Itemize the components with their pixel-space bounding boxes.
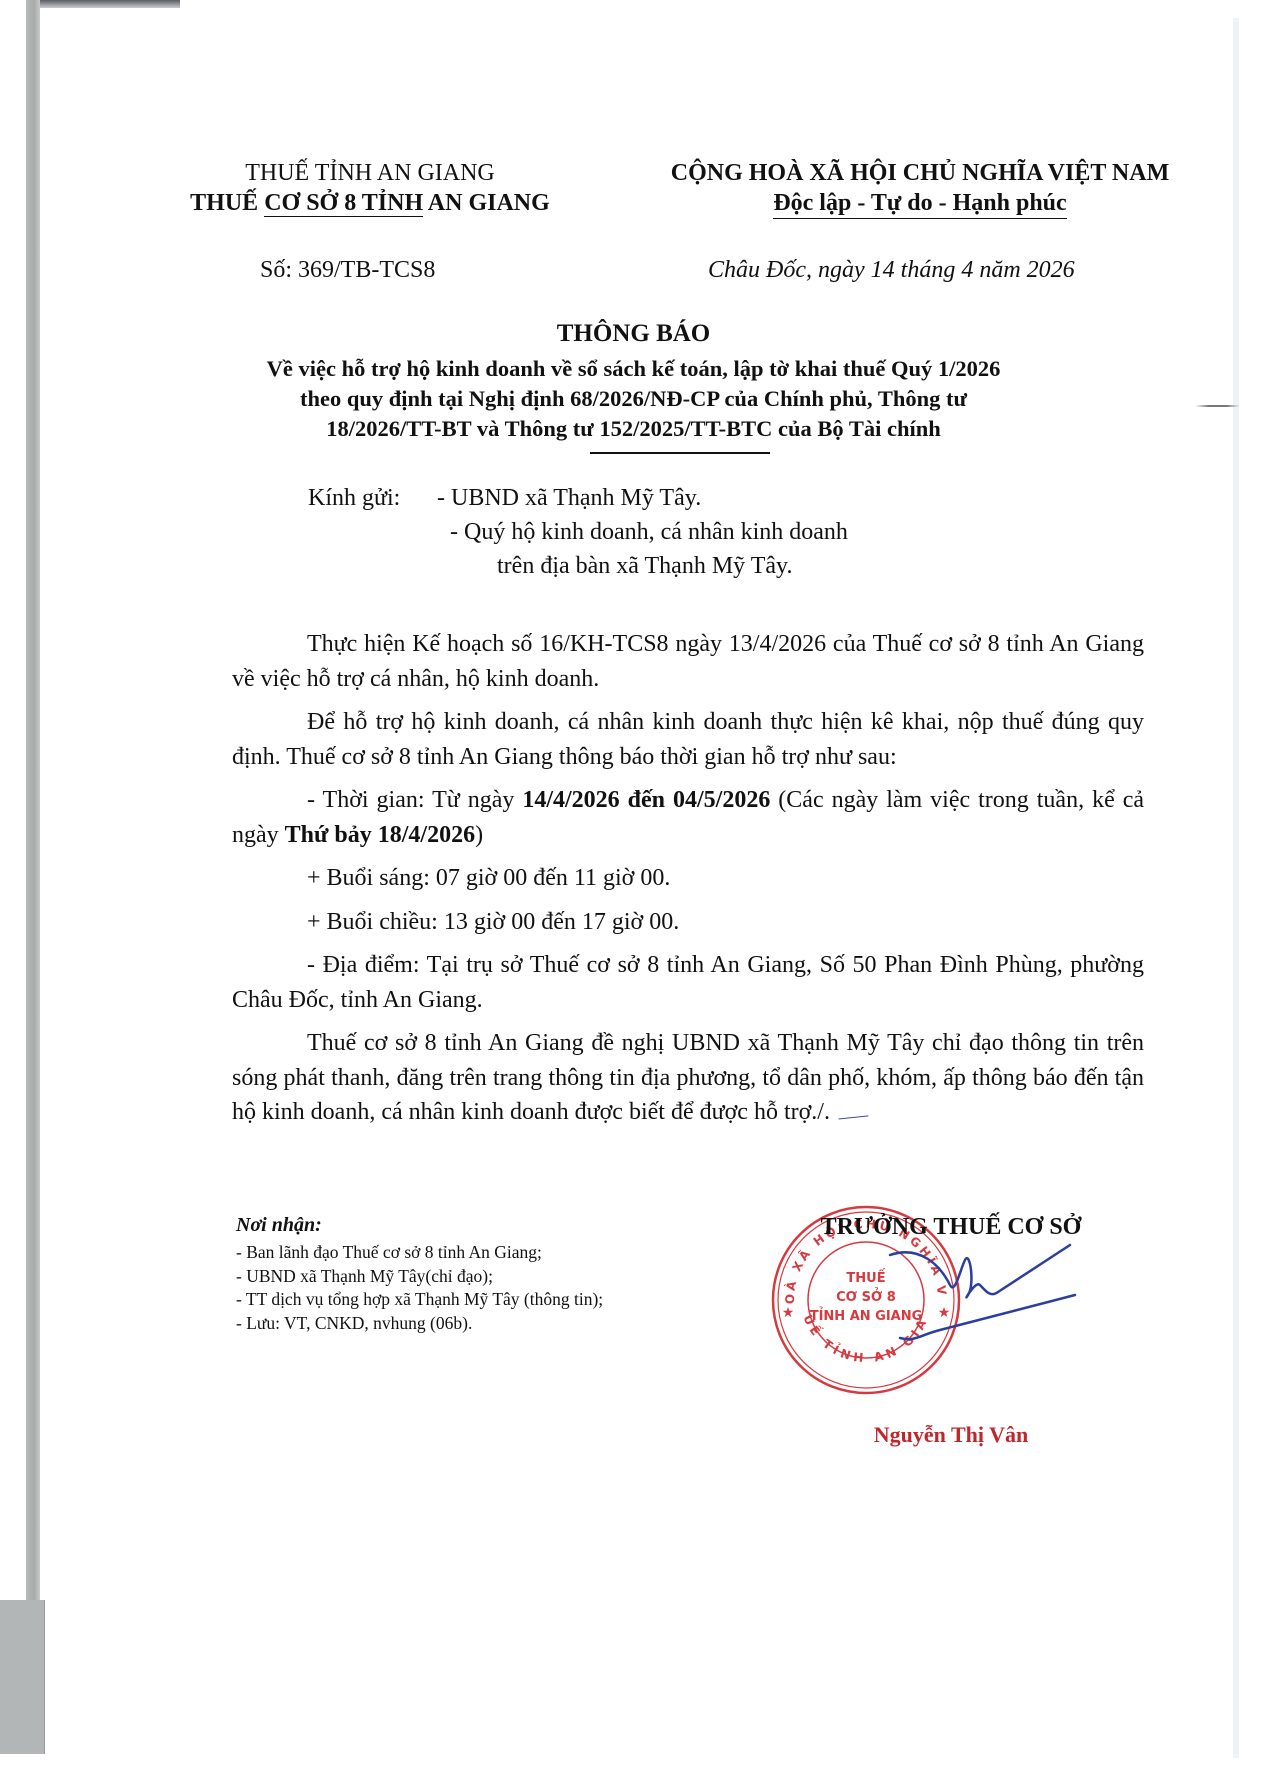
time-prefix: - Thời gian: Từ ngày xyxy=(307,787,522,813)
signer-name: Nguyễn Thị Vân xyxy=(796,1422,1106,1448)
time-saturday: Thứ bảy 18/4/2026 xyxy=(285,822,475,848)
scan-edge-top xyxy=(40,0,180,8)
paragraph-request: Thuế cơ sở 8 tỉnh An Giang đề nghị UBND … xyxy=(232,1026,1144,1130)
place-date: Châu Đốc, ngày 14 tháng 4 năm 2026 xyxy=(708,257,1075,284)
agency-suffix: AN GIANG xyxy=(423,190,550,216)
recipient-item: - UBND xã Thạnh Mỹ Tây(chỉ đạo); xyxy=(236,1265,603,1289)
time-range: 14/4/2026 đến 04/5/2026 xyxy=(522,787,770,813)
paragraph-morning: + Buổi sáng: 07 giờ 00 đến 11 giờ 00. xyxy=(232,861,1144,896)
recipient-item: - TT dịch vụ tổng hợp xã Thạnh Mỹ Tây (t… xyxy=(236,1288,603,1312)
agency-parent: THUẾ TỈNH AN GIANG xyxy=(180,160,560,187)
subtitle-line: Về việc hỗ trợ hộ kinh doanh về sổ sách … xyxy=(0,354,1267,384)
addressee-line: trên địa bàn xã Thạnh Mỹ Tây. xyxy=(497,553,792,580)
recipient-item: - Lưu: VT, CNKD, nvhung (06b). xyxy=(236,1312,603,1336)
paragraph-time: - Thời gian: Từ ngày 14/4/2026 đến 04/5/… xyxy=(232,783,1144,852)
document-title: THÔNG BÁO xyxy=(0,320,1267,348)
paragraph-location: - Địa điểm: Tại trụ sở Thuế cơ sở 8 tỉnh… xyxy=(232,948,1144,1017)
time-suffix: ) xyxy=(475,822,483,848)
scan-edge-right xyxy=(1233,18,1239,1758)
recipients-title: Nơi nhận: xyxy=(236,1214,322,1237)
paragraph-plan: Thực hiện Kế hoạch số 16/KH-TCS8 ngày 13… xyxy=(232,627,1144,696)
signature-icon xyxy=(880,1240,1080,1350)
recipient-item: - Ban lãnh đạo Thuế cơ sở 8 tỉnh An Gian… xyxy=(236,1241,603,1265)
initials-mark xyxy=(838,1107,869,1119)
scan-edge-left xyxy=(26,0,40,1600)
addressee-label: Kính gửi: xyxy=(308,485,400,512)
addressee-line: - Quý hộ kinh doanh, cá nhân kinh doanh xyxy=(450,519,848,546)
addressee-line: - UBND xã Thạnh Mỹ Tây. xyxy=(437,485,701,512)
motto: Độc lập - Tự do - Hạnh phúc xyxy=(630,190,1210,217)
subtitle-line: theo quy định tại Nghị định 68/2026/NĐ-C… xyxy=(0,384,1267,414)
document-number: Số: 369/TB-TCS8 xyxy=(260,257,435,284)
agency-underlined: CƠ SỞ 8 TỈNH xyxy=(264,190,423,217)
request-text: Thuế cơ sở 8 tỉnh An Giang đề nghị UBND … xyxy=(232,1030,1144,1125)
nation-title: CỘNG HOÀ XÃ HỘI CHỦ NGHĨA VIỆT NAM xyxy=(630,160,1210,187)
document-subtitle: Về việc hỗ trợ hộ kinh doanh về sổ sách … xyxy=(0,354,1267,444)
signer-title: TRƯỞNG THUẾ CƠ SỞ xyxy=(796,1214,1106,1241)
document-body: Thực hiện Kế hoạch số 16/KH-TCS8 ngày 13… xyxy=(232,627,1144,1139)
agency-prefix: THUẾ xyxy=(190,190,264,216)
motto-text: Độc lập - Tự do - Hạnh phúc xyxy=(773,190,1066,219)
subtitle-line: 18/2026/TT-BT và Thông tư 152/2025/TT-BT… xyxy=(0,414,1267,444)
title-divider xyxy=(590,452,770,454)
paragraph-purpose: Để hỗ trợ hộ kinh doanh, cá nhân kinh do… xyxy=(232,705,1144,774)
svg-text:★: ★ xyxy=(782,1306,795,1321)
agency-name: THUẾ CƠ SỞ 8 TỈNH AN GIANG xyxy=(150,190,590,217)
scan-edge-left-bottom xyxy=(0,1600,45,1754)
paragraph-afternoon: + Buổi chiều: 13 giờ 00 đến 17 giờ 00. xyxy=(232,905,1144,940)
recipients-list: - Ban lãnh đạo Thuế cơ sở 8 tỉnh An Gian… xyxy=(236,1241,603,1335)
